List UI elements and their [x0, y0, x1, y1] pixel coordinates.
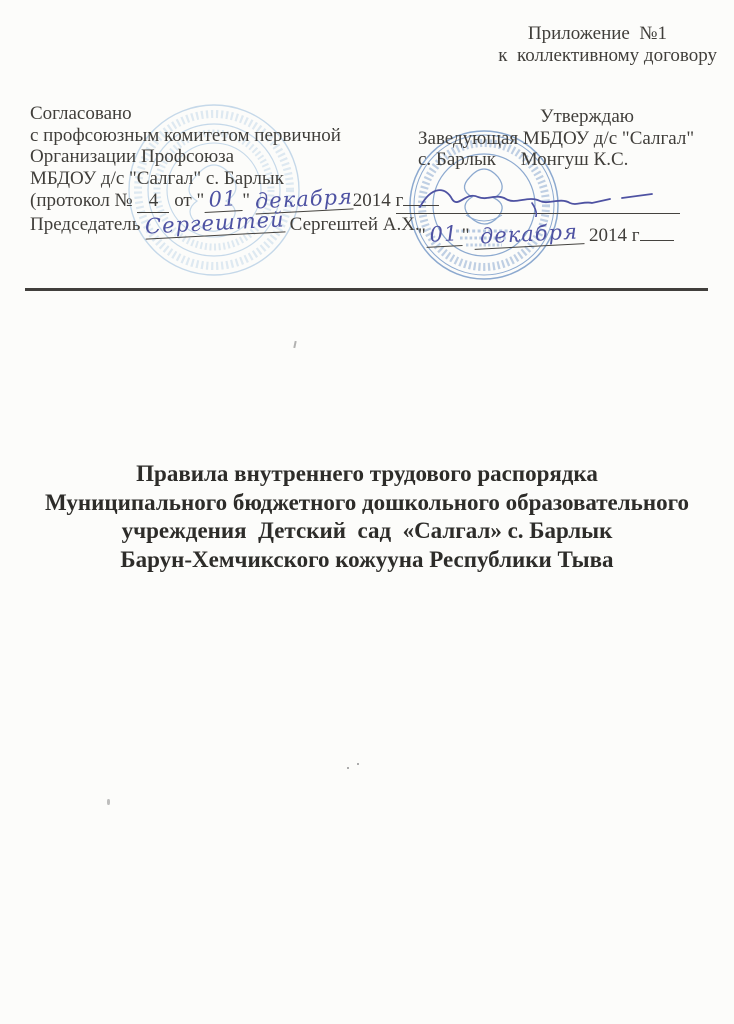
agreed-block: Согласовано с профсоюзным комитетом перв…	[30, 103, 450, 236]
title-line3: учреждения Детский сад «Салгал» с. Барлы…	[0, 517, 734, 546]
approved-title: Утверждаю	[418, 106, 718, 128]
approval-day-handwritten: 01	[425, 223, 462, 247]
scan-speck	[347, 767, 349, 769]
protocol-number: 4	[137, 190, 169, 213]
scan-speck	[107, 799, 110, 805]
head-name: Монгуш К.С.	[521, 149, 629, 170]
agreed-title: Согласовано	[30, 103, 450, 125]
agreed-line4: МБДОУ д/с "Салгал" с. Барлык	[30, 168, 450, 190]
scanned-document-page: Приложение №1 к коллективному договору С…	[0, 0, 734, 1024]
document-title: Правила внутреннего трудового распорядка…	[0, 460, 734, 574]
approval-date-line: "01" декабря 2014 г	[418, 224, 718, 247]
approval-year: 2014 г	[589, 225, 640, 246]
appendix-header: Приложение №1 к коллективному договору	[498, 23, 717, 67]
approved-location: с. Барлык	[418, 149, 496, 170]
agreed-line2: с профсоюзным комитетом первичной	[30, 125, 450, 147]
approved-block: Утверждаю Заведующая МБДОУ д/с "Салгал" …	[418, 106, 718, 246]
approval-month-handwritten: декабря	[474, 221, 585, 249]
chairman-line: Председатель Сергештей Сергештей А.Х.	[30, 213, 450, 236]
title-line2: Муниципального бюджетного дошкольного об…	[0, 489, 734, 518]
scan-speck	[357, 763, 359, 765]
title-line4: Барун-Хемчикского кожууна Республики Тыв…	[0, 546, 734, 575]
head-signature-line	[396, 183, 680, 214]
chairman-label: Председатель	[30, 214, 140, 235]
chairman-signature-handwritten: Сергештей	[145, 209, 286, 239]
close-quote: "	[462, 225, 470, 246]
scan-speck	[293, 341, 296, 348]
approved-line3: с. Барлык Монгуш К.С.	[418, 149, 718, 171]
blank-underline	[640, 240, 674, 241]
title-line1: Правила внутреннего трудового распорядка	[0, 460, 734, 489]
head-signature-scribble-icon	[406, 177, 668, 217]
from-label: от	[174, 190, 192, 211]
chairman-name: Сергештей А.Х.	[290, 214, 420, 235]
appendix-line2: к коллективному договору	[498, 45, 717, 66]
horizontal-divider	[25, 288, 708, 291]
approved-line2: Заведующая МБДОУ д/с "Салгал"	[418, 128, 718, 150]
protocol-label: (протокол №	[30, 190, 133, 211]
agreed-line3: Организации Профсоюза	[30, 146, 450, 168]
appendix-line1: Приложение №1	[528, 23, 717, 44]
